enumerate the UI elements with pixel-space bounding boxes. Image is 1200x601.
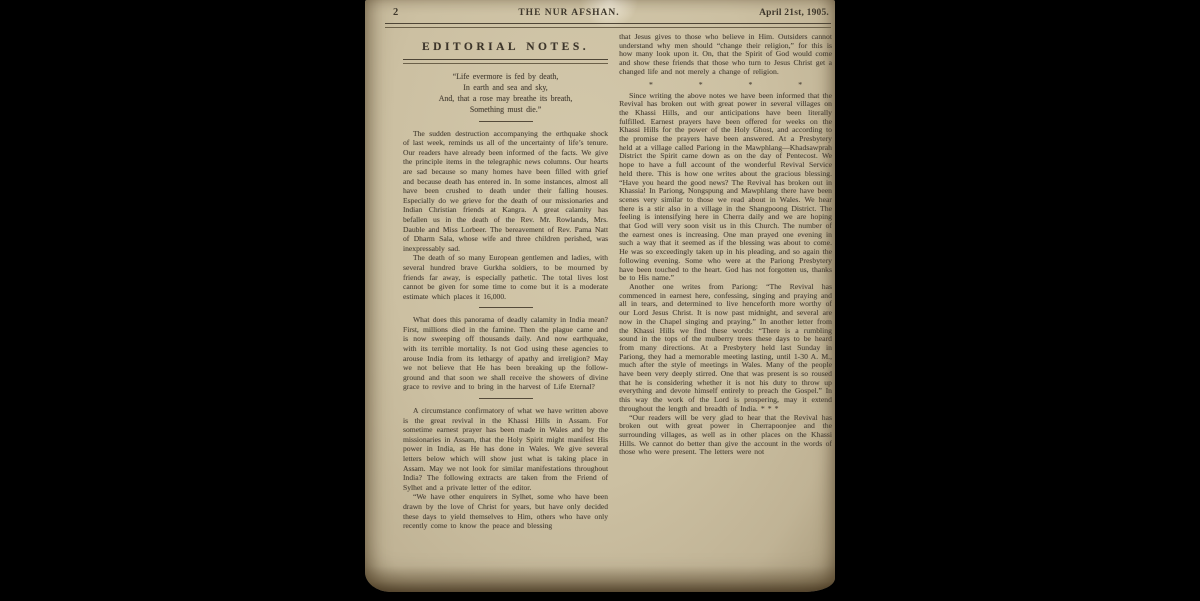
heading-rule (403, 59, 608, 64)
text-block: A circumstance confirmatory of what we h… (403, 406, 608, 492)
scanned-page: 2 THE NUR AFSHAN. April 21st, 1905. EDIT… (365, 0, 835, 592)
text-block (479, 307, 533, 308)
text-block: The death of so many European gentlemen … (403, 253, 608, 301)
text-block: “We have other enquirers in Sylhet, some… (403, 492, 608, 530)
scan-background: 2 THE NUR AFSHAN. April 21st, 1905. EDIT… (0, 0, 1200, 601)
text-block: * * * * (619, 79, 832, 90)
masthead-title: THE NUR AFSHAN. (427, 8, 711, 18)
poem-separator-rule (479, 121, 533, 122)
poem-line: Something must die.” (403, 104, 608, 115)
section-heading: EDITORIAL NOTES. (403, 43, 608, 53)
page-header: 2 THE NUR AFSHAN. April 21st, 1905. (365, 0, 835, 18)
page-number: 2 (393, 7, 427, 18)
text-block: What does this panorama of deadly calami… (403, 315, 608, 392)
right-column: that Jesus gives to those who believe in… (619, 31, 832, 531)
text-columns: EDITORIAL NOTES. “Life evermore is fed b… (365, 28, 835, 531)
poem-line: “Life evermore is fed by death, (403, 71, 608, 82)
poem-line: In earth and sea and sky, (403, 82, 608, 93)
right-column-blocks: that Jesus gives to those who believe in… (619, 33, 832, 457)
poem: “Life evermore is fed by death,In earth … (403, 71, 608, 115)
left-column-blocks: The sudden destruction accompanying the … (403, 129, 608, 531)
left-column: EDITORIAL NOTES. “Life evermore is fed b… (403, 31, 608, 531)
text-block: “Our readers will be very glad to hear t… (619, 414, 832, 458)
text-block (479, 398, 533, 399)
text-block: The sudden destruction accompanying the … (403, 129, 608, 254)
text-block: Another one writes from Pariong: “The Re… (619, 283, 832, 414)
issue-date: April 21st, 1905. (711, 8, 829, 18)
text-block: that Jesus gives to those who believe in… (619, 33, 832, 77)
text-block: Since writing the above notes we have be… (619, 92, 832, 283)
poem-line: And, that a rose may breathe its breath, (403, 93, 608, 104)
